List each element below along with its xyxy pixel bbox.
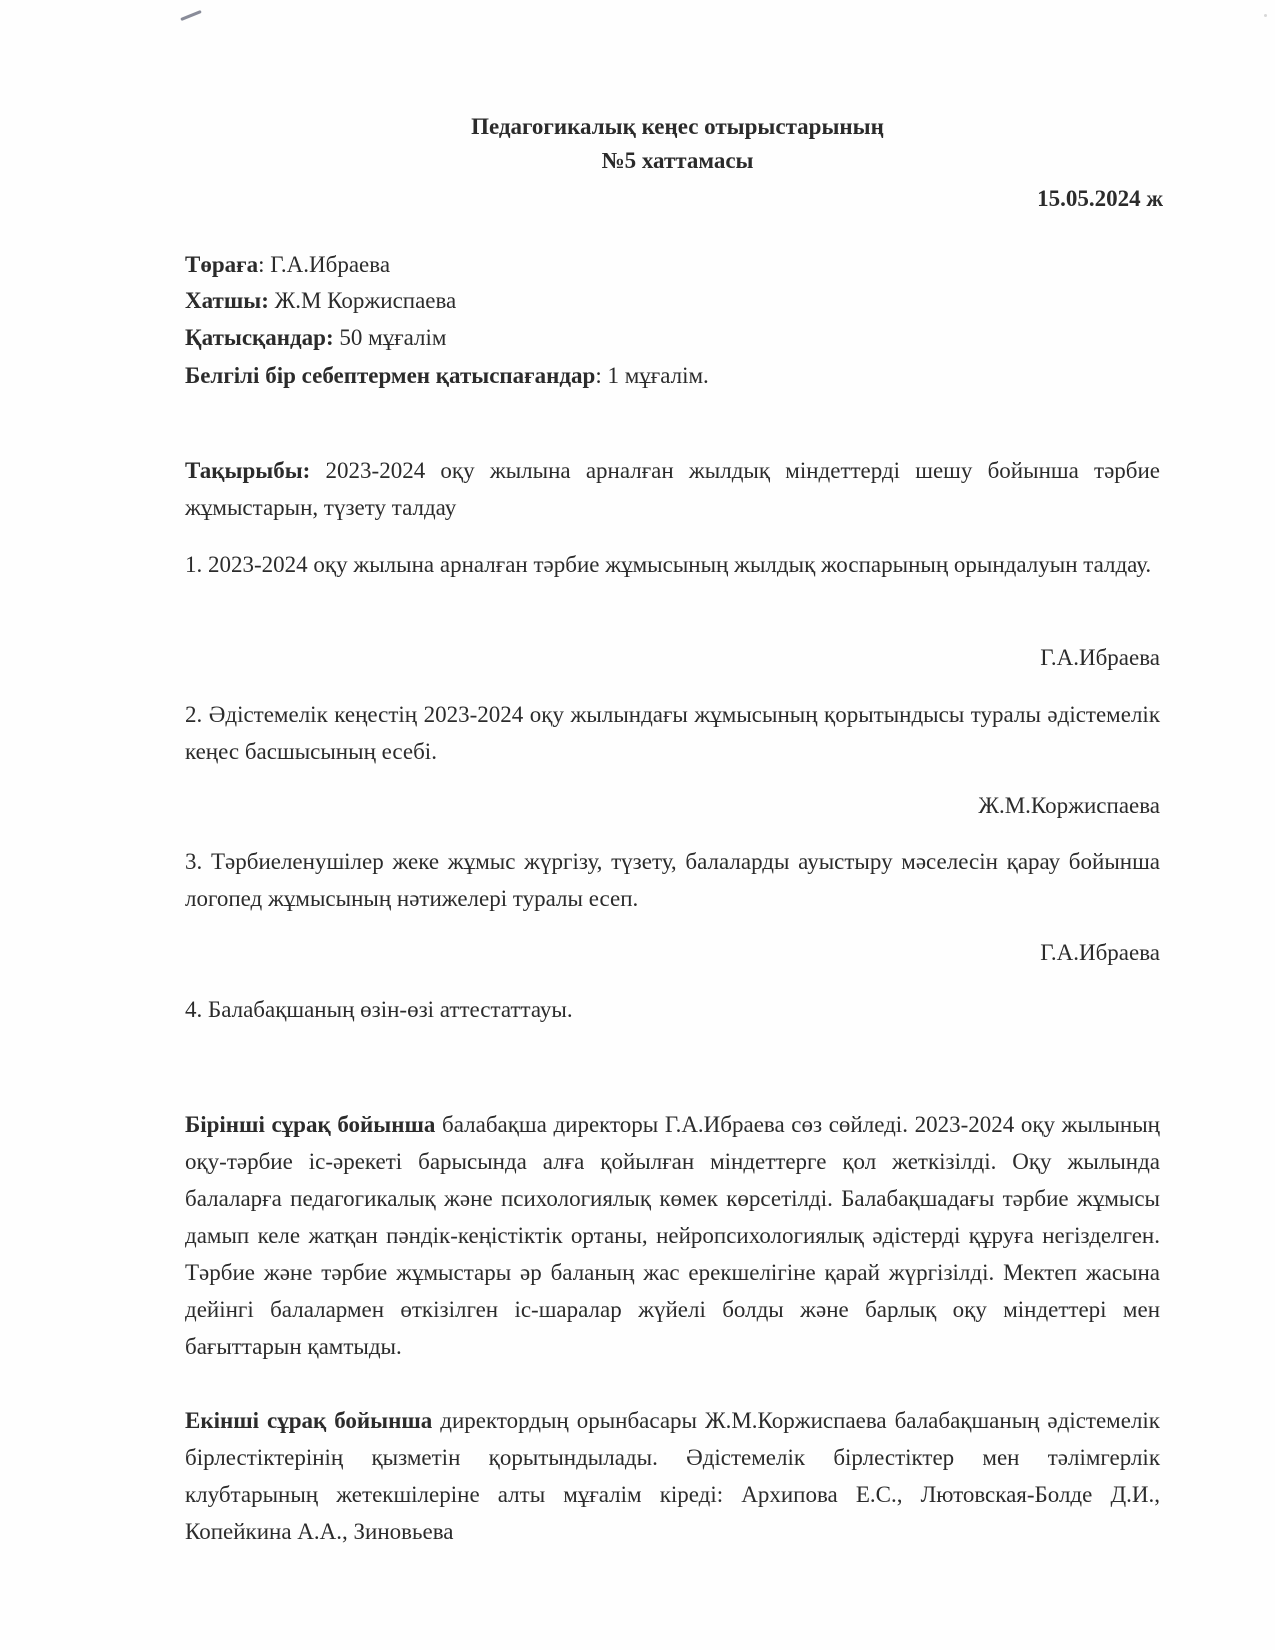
document-title: Педагогикалық кеңес отырыстарының xyxy=(40,114,1275,140)
chair-label: Төраға xyxy=(185,252,258,277)
absent-label: Белгілі бір себептермен қатыспағандар xyxy=(185,363,595,388)
document-page: Педагогикалық кеңес отырыстарының №5 хат… xyxy=(0,0,1275,1650)
scan-pen-mark xyxy=(180,10,202,21)
discussion-second-lead: Екінші сұрақ бойынша xyxy=(185,1408,432,1433)
document-date: 15.05.2024 ж xyxy=(1037,186,1163,212)
agenda-item-3: 3. Тәрбиеленушілер жеке жұмыс жүргізу, т… xyxy=(185,843,1160,917)
topic-label: Тақырыбы: xyxy=(185,458,310,483)
discussion-first-lead: Бірінші сұрақ бойынша xyxy=(185,1112,435,1137)
agenda-item-2: 2. Әдістемелік кеңестің 2023-2024 оқу жы… xyxy=(185,696,1160,770)
scan-speck xyxy=(1264,14,1267,17)
discussion-first-text: балабақша директоры Г.А.Ибраева сөз сөйл… xyxy=(185,1112,1160,1359)
participants-label: Қатысқандар: xyxy=(185,325,334,350)
participants-value: 50 мұғалім xyxy=(334,325,447,350)
agenda-item-1: 1. 2023-2024 оқу жылына арналған тәрбие … xyxy=(185,546,1160,583)
agenda-speaker-1: Г.А.Ибраева xyxy=(1040,645,1160,671)
agenda-item-4: 4. Балабақшаның өзін-өзі аттестаттауы. xyxy=(185,991,1160,1028)
absent-line: Белгілі бір себептермен қатыспағандар: 1… xyxy=(185,363,709,389)
secretary-label: Хатшы: xyxy=(185,288,269,313)
document-subtitle: №5 хаттамасы xyxy=(40,148,1275,174)
chair-value: : Г.А.Ибраева xyxy=(258,252,390,277)
topic-text: 2023-2024 оқу жылына арналған жылдық мін… xyxy=(185,458,1160,520)
agenda-speaker-3: Г.А.Ибраева xyxy=(1040,940,1160,966)
discussion-first-question: Бірінші сұрақ бойынша балабақша директор… xyxy=(185,1106,1160,1365)
secretary-line: Хатшы: Ж.М Коржиспаева xyxy=(185,288,456,314)
discussion-second-question: Екінші сұрақ бойынша директордың орынбас… xyxy=(185,1402,1160,1550)
absent-value: : 1 мұғалім. xyxy=(595,363,708,388)
secretary-value: Ж.М Коржиспаева xyxy=(269,288,456,313)
participants-line: Қатысқандар: 50 мұғалім xyxy=(185,325,446,351)
agenda-speaker-2: Ж.М.Коржиспаева xyxy=(978,793,1160,819)
chair-line: Төраға: Г.А.Ибраева xyxy=(185,252,390,278)
topic-paragraph: Тақырыбы: 2023-2024 оқу жылына арналған … xyxy=(185,452,1160,526)
